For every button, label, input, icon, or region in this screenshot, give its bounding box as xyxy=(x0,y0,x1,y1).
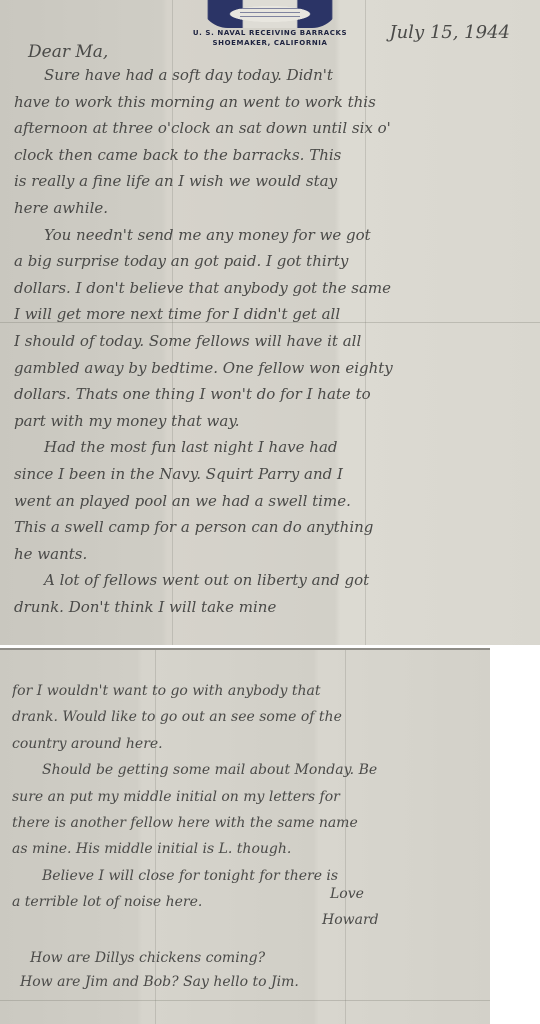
letter-line: have to work this morning an went to wor… xyxy=(14,89,534,116)
letter-line: dollars. I don't believe that anybody go… xyxy=(14,275,534,302)
letter-line: drank. Would like to go out an see some … xyxy=(12,704,482,730)
letter-line: as mine. His middle initial is L. though… xyxy=(12,836,482,862)
letter-line: gambled away by bedtime. One fellow won … xyxy=(14,355,534,382)
postscript-line: How are Jim and Bob? Say hello to Jim. xyxy=(20,974,299,990)
letterhead: U. S. NAVAL RECEIVING BARRACKS SHOEMAKER… xyxy=(190,0,350,48)
letter-line: afternoon at three o'clock an sat down u… xyxy=(14,115,534,142)
letter-line: I will get more next time for I didn't g… xyxy=(14,301,534,328)
letter-line: a big surprise today an got paid. I got … xyxy=(14,248,534,275)
closing: Love xyxy=(330,886,364,902)
letter-line: a terrible lot of noise here. xyxy=(12,889,482,915)
letterhead-line-2: SHOEMAKER, CALIFORNIA xyxy=(190,38,350,48)
letter-line: Had the most fun last night I have had xyxy=(14,434,534,461)
letter-line: Should be getting some mail about Monday… xyxy=(12,757,482,783)
salutation: Dear Ma, xyxy=(28,42,108,62)
letter-line: I should of today. Some fellows will hav… xyxy=(14,328,534,355)
letter-line: part with my money that way. xyxy=(14,408,534,435)
letter-line: for I wouldn't want to go with anybody t… xyxy=(12,678,482,704)
letter-line: since I been in the Navy. Squirt Parry a… xyxy=(14,461,534,488)
letter-line: here awhile. xyxy=(14,195,534,222)
letter-line: drunk. Don't think I will take mine xyxy=(14,594,534,621)
letter-line: A lot of fellows went out on liberty and… xyxy=(14,567,534,594)
letter-line: went an played pool an we had a swell ti… xyxy=(14,488,534,515)
letter-body-page-1: Sure have had a soft day today. Didn'tha… xyxy=(14,62,534,620)
postscript-line: How are Dillys chickens coming? xyxy=(30,950,265,966)
letter-line: clock then came back to the barracks. Th… xyxy=(14,142,534,169)
naval-emblem-icon xyxy=(200,0,340,28)
letter-line: country around here. xyxy=(12,731,482,757)
letter-line: Sure have had a soft day today. Didn't xyxy=(14,62,534,89)
letter-line: dollars. Thats one thing I won't do for … xyxy=(14,381,534,408)
letter-page-2: for I wouldn't want to go with anybody t… xyxy=(0,648,490,1024)
letter-line: Believe I will close for tonight for the… xyxy=(12,863,482,889)
letter-body-page-2: for I wouldn't want to go with anybody t… xyxy=(12,678,482,916)
letter-page-1: U. S. NAVAL RECEIVING BARRACKS SHOEMAKER… xyxy=(0,0,540,645)
letter-line: This a swell camp for a person can do an… xyxy=(14,514,534,541)
letterhead-line-1: U. S. NAVAL RECEIVING BARRACKS xyxy=(190,28,350,38)
letter-date: July 15, 1944 xyxy=(389,22,510,43)
letter-line: sure an put my middle initial on my lett… xyxy=(12,784,482,810)
letter-line: is really a fine life an I wish we would… xyxy=(14,168,534,195)
signature: Howard xyxy=(322,912,379,928)
letter-line: You needn't send me any money for we got xyxy=(14,222,534,249)
letter-line: there is another fellow here with the sa… xyxy=(12,810,482,836)
fold-crease xyxy=(0,1000,490,1001)
letter-line: he wants. xyxy=(14,541,534,568)
